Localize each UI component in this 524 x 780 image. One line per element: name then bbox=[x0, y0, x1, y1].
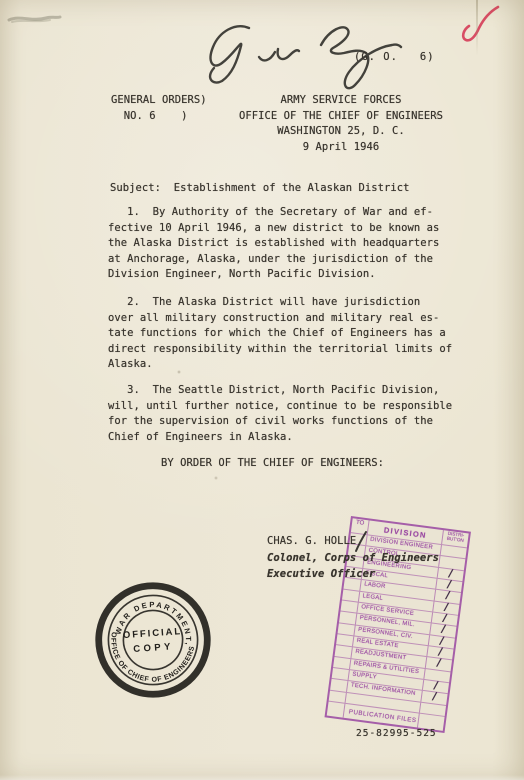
signature-block: CHAS. G. HOLLE Colonel, Corps of Enginee… bbox=[267, 534, 439, 581]
subject-line: Subject: Establishment of the Alaskan Di… bbox=[110, 181, 409, 197]
distribution-mark: / bbox=[429, 636, 454, 646]
order-number-block: GENERAL ORDERS) NO. 6 ) bbox=[111, 93, 207, 124]
pencil-smudge bbox=[6, 11, 62, 27]
round-stamp-center-line1: OFFICIAL bbox=[123, 626, 183, 641]
distribution-mark: / bbox=[435, 591, 460, 601]
round-stamp-center-line2: COPY bbox=[133, 641, 174, 655]
paragraph-3: 3. The Seattle District, North Pacific D… bbox=[108, 383, 452, 445]
distribution-mark: / bbox=[431, 625, 456, 635]
scanned-document-page: (G. O. 6) GENERAL ORDERS) NO. 6 ) ARMY S… bbox=[0, 0, 524, 780]
red-checkmark bbox=[455, 3, 501, 47]
handwritten-slash bbox=[354, 531, 368, 553]
signer-title-2: Executive Officer bbox=[267, 567, 439, 583]
paragraph-1: 1. By Authority of the Secretary of War … bbox=[108, 205, 439, 283]
distribution-mark: / bbox=[422, 692, 447, 702]
distribution-mark: / bbox=[423, 681, 448, 691]
letterhead: ARMY SERVICE FORCES OFFICE OF THE CHIEF … bbox=[239, 93, 443, 155]
distribution-mark: / bbox=[432, 614, 457, 624]
distribution-mark: / bbox=[438, 569, 463, 579]
distribution-mark: / bbox=[426, 659, 451, 669]
official-copy-round-stamp: WAR DEPARTMENT, OFFICE OF CHIEF OF ENGIN… bbox=[80, 567, 226, 713]
distribution-mark: / bbox=[428, 647, 453, 657]
by-order-line: BY ORDER OF THE CHIEF OF ENGINEERS: bbox=[161, 456, 384, 472]
paragraph-2: 2. The Alaska District will have jurisdi… bbox=[108, 295, 452, 373]
corner-note: (G. O. 6) bbox=[354, 50, 435, 66]
distribution-mark: / bbox=[437, 580, 462, 590]
distribution-mark: / bbox=[434, 603, 459, 613]
print-code: 25-82995-525 bbox=[356, 726, 437, 742]
